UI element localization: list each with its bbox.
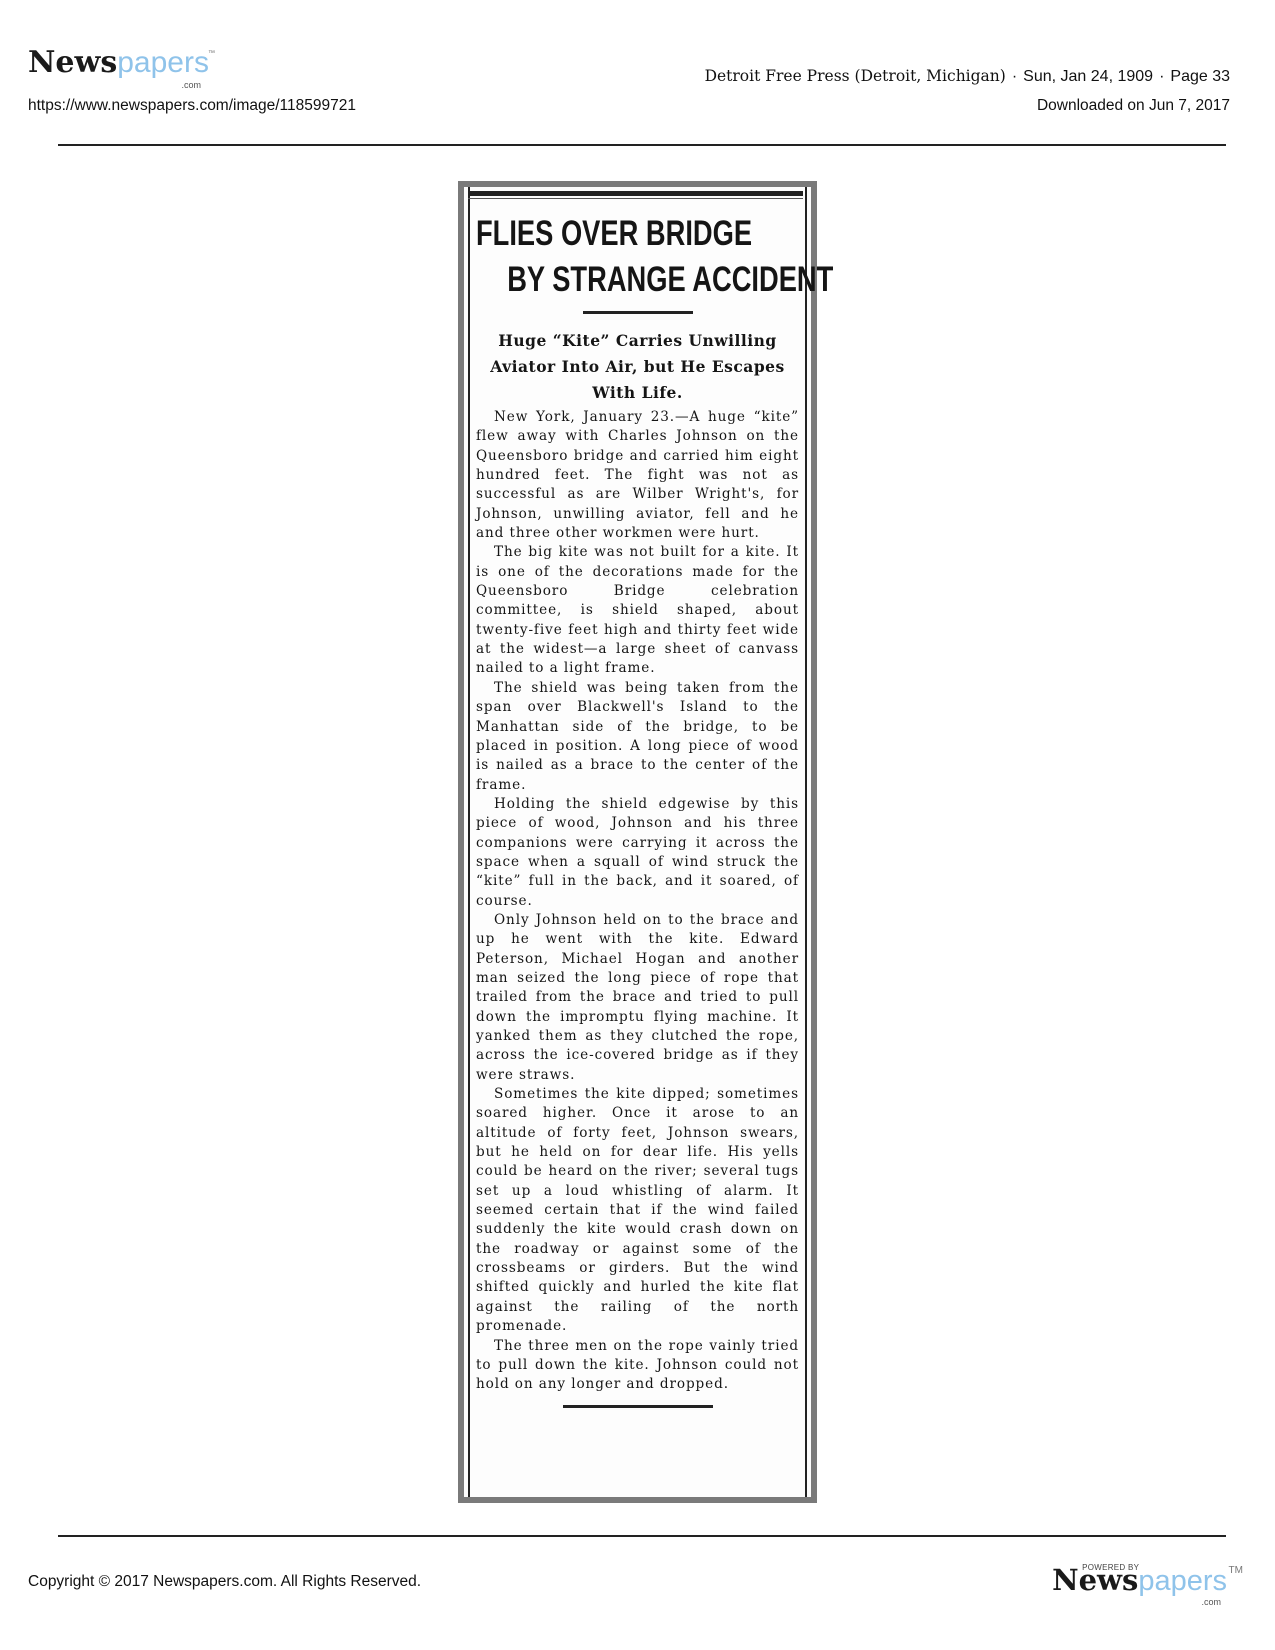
logo-dotcom: .com (1201, 1598, 1221, 1607)
headline-line-1: FLIES OVER BRIDGE (476, 211, 798, 257)
image-url[interactable]: https://www.newspapers.com/image/1185997… (28, 97, 356, 115)
article: FLIES OVER BRIDGE BY STRANGE ACCIDENT Hu… (476, 211, 799, 1408)
logo-tm: ™ (208, 50, 215, 57)
article-body: New York, January 23.—A huge “kite” flew… (476, 408, 799, 1395)
clipping-top-rule (468, 191, 803, 196)
meta-separator: · (1012, 68, 1017, 85)
article-deck: Huge “Kite” Carries Unwilling Aviator In… (476, 328, 799, 406)
publication-name: Detroit Free Press (Detroit, Michigan) (705, 67, 1006, 85)
logo-dotcom: .com (181, 81, 201, 90)
meta-separator: · (1159, 68, 1164, 85)
logo-papers-text: papers (117, 46, 209, 79)
clipping-top-rule-thin (468, 198, 803, 199)
footer-divider (58, 1535, 1226, 1537)
copyright-notice: Copyright © 2017 Newspapers.com. All Rig… (28, 1573, 421, 1591)
publication-meta: Detroit Free Press (Detroit, Michigan)·S… (705, 67, 1230, 86)
paragraph: New York, January 23.—A huge “kite” flew… (476, 408, 799, 543)
powered-by-newspapers-logo[interactable]: POWERED BY Newspapers TM .com (1052, 1566, 1227, 1596)
paragraph: The shield was being taken from the span… (476, 679, 799, 795)
article-end-rule (563, 1405, 713, 1408)
article-headline: FLIES OVER BRIDGE BY STRANGE ACCIDENT (476, 211, 798, 303)
headline-divider (583, 311, 693, 314)
newspapers-logo[interactable]: Newspapers ™ .com (28, 48, 209, 78)
powered-by-text: POWERED BY (1082, 1564, 1139, 1572)
header-divider (58, 144, 1226, 146)
newspaper-clipping: FLIES OVER BRIDGE BY STRANGE ACCIDENT Hu… (458, 181, 817, 1503)
headline-line-2: BY STRANGE ACCIDENT (476, 257, 798, 303)
page-number: Page 33 (1170, 68, 1230, 85)
publication-date: Sun, Jan 24, 1909 (1023, 68, 1153, 85)
logo-papers-text: papers (1138, 1565, 1227, 1597)
paragraph: Holding the shield edgewise by this piec… (476, 795, 799, 911)
paragraph: Sometimes the kite dipped; sometimes soa… (476, 1085, 799, 1336)
paragraph: Only Johnson held on to the brace and up… (476, 911, 799, 1085)
logo-tm: TM (1229, 1566, 1243, 1576)
paragraph: The big kite was not built for a kite. I… (476, 543, 799, 678)
download-date: Downloaded on Jun 7, 2017 (1037, 97, 1230, 115)
paragraph: The three men on the rope vainly tried t… (476, 1337, 799, 1395)
logo-news-text: News (28, 45, 117, 80)
